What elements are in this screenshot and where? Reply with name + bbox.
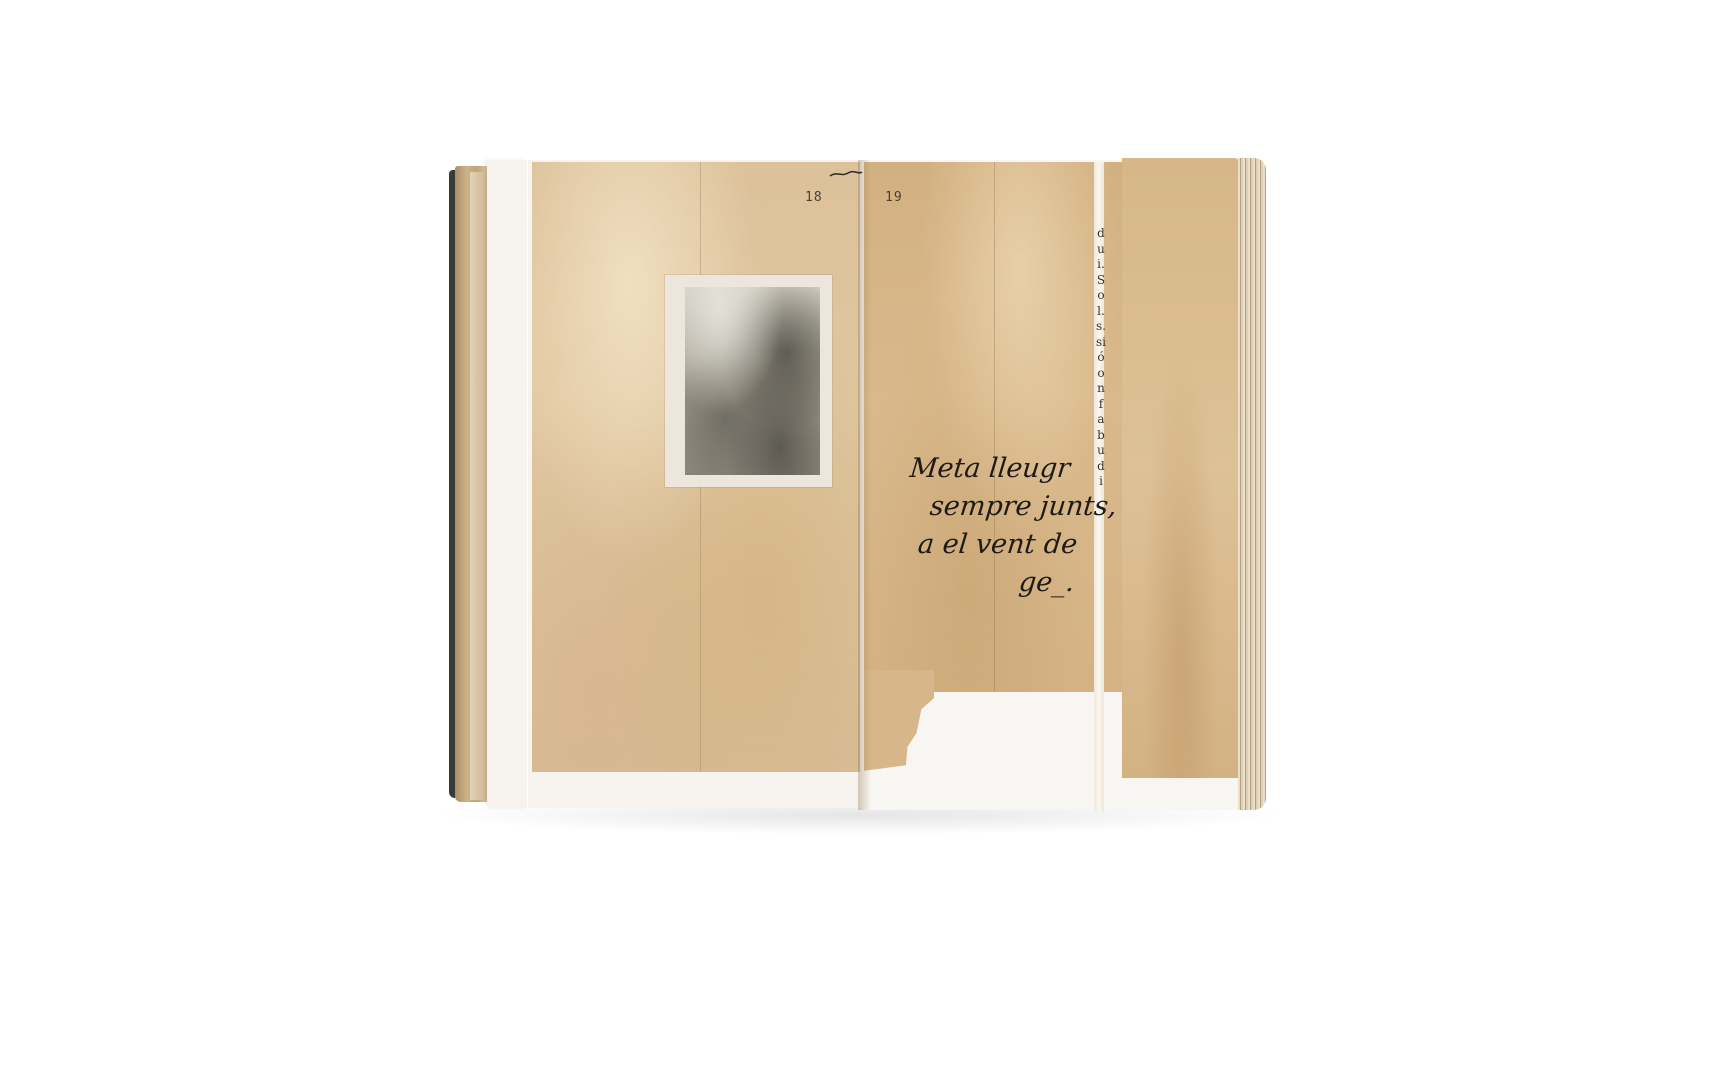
forest-illustration [685,287,820,475]
handwriting-line: ge_. [892,564,1136,602]
page-number-right: 19 [885,190,903,205]
gutter-shadow [858,160,880,810]
handwriting-line: a el vent de [896,526,1140,564]
handwriting-line: Meta lleugr [904,450,1148,488]
fore-edge-pages [1238,158,1266,810]
page-number-left: 18 [805,190,823,205]
binding-thread-icon [828,170,864,178]
handwritten-note: Meta lleugr sempre junts, a el vent de g… [892,450,1148,602]
left-endpaper [487,160,527,808]
right-page-paper [864,162,1124,692]
handwriting-line: sempre junts, [900,488,1144,526]
